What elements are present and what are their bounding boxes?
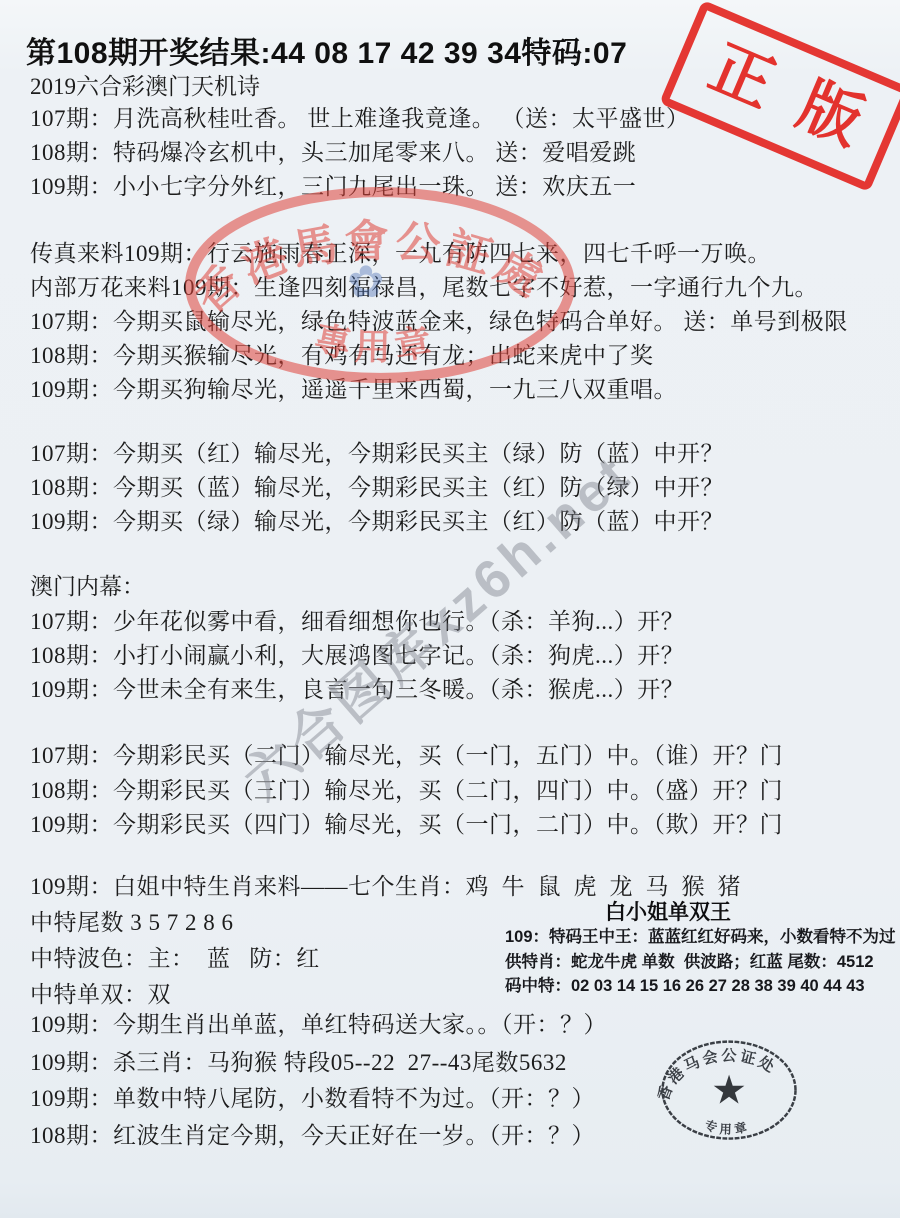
bottom-line: 109期：今期生肖出单蓝，单红特码送大家。。（开：？） [30, 1006, 607, 1039]
authentic-stamp-char: 版 [790, 74, 871, 155]
fax-line: 内部万花来料109期：生逢四刻福禄昌，尾数七字不好惹，一字通行九个九。 [30, 269, 818, 302]
baixiaojie-line: 109：特码王中王：蓝蓝红红好码来，小数看特不为过 [505, 923, 896, 947]
zodiac-wave-line: 中特波色：主： 蓝 防：红 [30, 940, 320, 973]
zodiac-oddeven-line: 中特单双：双 [30, 976, 171, 1009]
fax-line: 109期：今期买狗输尽光，遥遥千里来西蜀，一九三八双重唱。 [30, 371, 677, 404]
notary-seal-star-icon: ★ [711, 1067, 747, 1112]
door-line: 108期：今期彩民买（三门）输尽光，买（二门，四门）中。（盛）开？门 [30, 772, 783, 805]
notary-seal-arc-bottom-text: 专用章 [703, 1117, 752, 1137]
zodiac-tail-line: 中特尾数 3 5 7 2 8 6 [30, 904, 234, 937]
poem-heading: 2019六合彩澳门天机诗 [30, 68, 260, 101]
authentic-stamp-char: 正 [701, 37, 782, 118]
bottom-line: 108期：红波生肖定今期，今天正好在一岁。（开：？） [30, 1117, 595, 1150]
poem-line: 107期：月洗高秋桂吐香。 世上难逢我竟逢。 （送：太平盛世） [30, 100, 690, 133]
poem-line: 108期：特码爆冷玄机中，头三加尾零来八。 送：爱唱爱跳 [30, 134, 636, 167]
fax-line: 传真来料109期：行云施雨春正深，一九有防四七来，四七千呼一万唤。 [30, 235, 771, 268]
baixiaojie-line: 供特肖：蛇龙牛虎 单数 供波路；红蓝 尾数：4512 [505, 948, 874, 972]
page-title: 第108期开奖结果:44 08 17 42 39 34特码:07 [26, 28, 627, 72]
lottery-sheet: 第108期开奖结果:44 08 17 42 39 34特码:07 2019六合彩… [0, 0, 900, 1218]
macau-line: 107期：少年花似雾中看，细看细想你也行。（杀：羊狗...）开？ [30, 603, 684, 636]
notary-seal: 香港马会公证处 ★ 专用章 [653, 1034, 805, 1150]
authentic-stamp: 正 版 [659, 0, 900, 192]
baixiaojie-line: 码中特：02 03 14 15 16 26 27 28 38 39 40 44 … [505, 972, 865, 996]
baixiaojie-title: 白小姐单双王 [503, 896, 833, 926]
macau-heading: 澳门内幕： [30, 568, 145, 601]
bottom-line: 109期：杀三肖：马狗猴 特段05--22 27--43尾数5632 [30, 1044, 567, 1077]
poem-line: 109期：小小七字分外红，三门九尾出一珠。 送：欢庆五一 [30, 168, 636, 201]
fax-line: 107期：今期买鼠输尽光，绿色特波蓝金来，绿色特码合单好。 送：单号到极限 [30, 303, 848, 336]
bottom-line: 109期：单数中特八尾防，小数看特不为过。（开：？） [30, 1080, 595, 1113]
door-line: 109期：今期彩民买（四门）输尽光，买（一门，二门）中。（欺）开？门 [30, 806, 783, 839]
door-line: 107期：今期彩民买（二门）输尽光，买（一门，五门）中。（谁）开？门 [30, 737, 783, 770]
fax-line: 108期：今期买猴输尽光，有鸡有马还有龙；出蛇来虎中了奖 [30, 337, 654, 370]
svg-text:专用章: 专用章 [703, 1117, 752, 1137]
